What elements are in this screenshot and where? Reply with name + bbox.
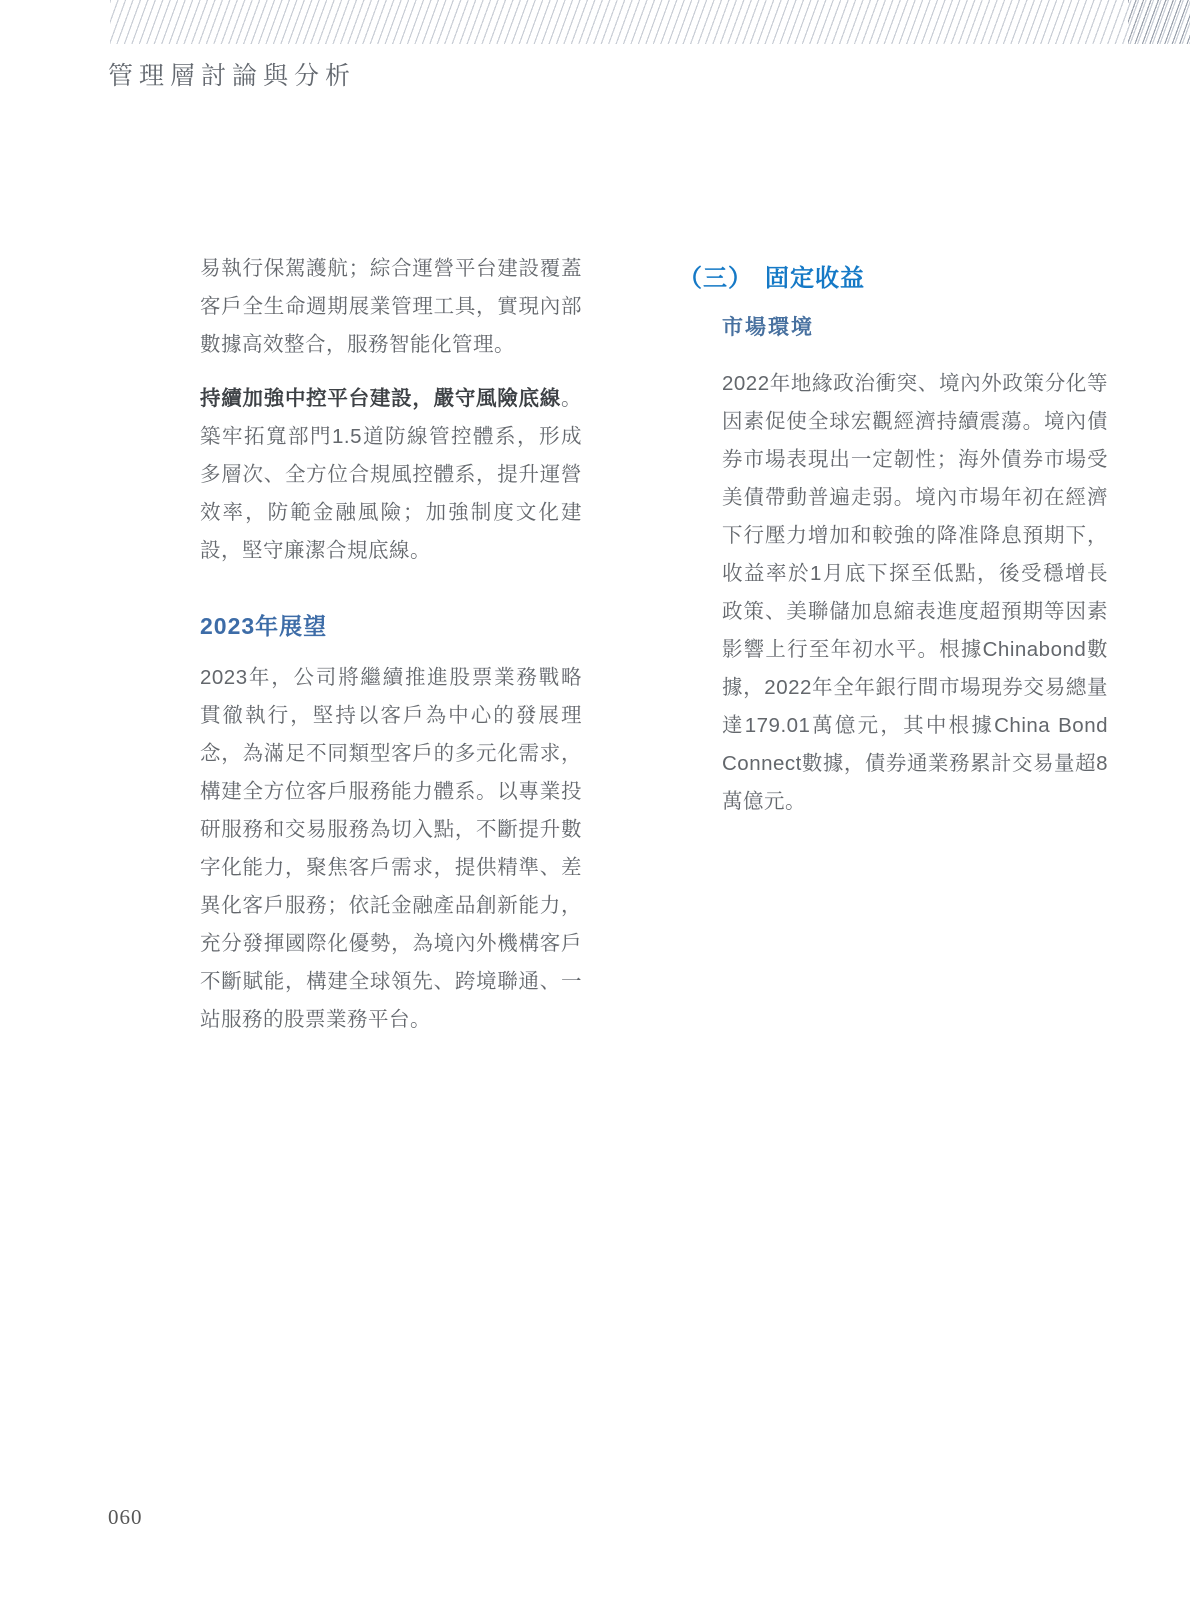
bold-lead-text: 持續加強中控平台建設，嚴守風險底線 bbox=[200, 387, 561, 410]
page-number: 060 bbox=[108, 1505, 143, 1530]
section-heading-fixed-income: （三） 固定收益 bbox=[678, 258, 1108, 293]
paragraph-risk-control-rest: 。築牢拓寬部門1.5道防線管控體系，形成多層次、全方位合規風控體系，提升運營效率… bbox=[200, 387, 582, 562]
right-column: （三） 固定收益 市場環境 2022年地緣政治衝突、境內外政策分化等因素促使全球… bbox=[678, 258, 1108, 837]
paragraph-outlook: 2023年，公司將繼續推進股票業務戰略貫徹執行，堅持以客戶為中心的發展理念，為滿… bbox=[200, 659, 582, 1039]
page-title: 管理層討論與分析 bbox=[108, 56, 356, 92]
paragraph-platform: 易執行保駕護航；綜合運營平台建設覆蓋客戶全生命週期展業管理工具，實現內部數據高效… bbox=[200, 250, 582, 364]
subsection-heading-market: 市場環境 bbox=[722, 311, 1108, 341]
outlook-heading: 2023年展望 bbox=[200, 608, 582, 641]
hatch-banner bbox=[110, 0, 1190, 44]
paragraph-risk-control: 持續加強中控平台建設，嚴守風險底線。築牢拓寬部門1.5道防線管控體系，形成多層次… bbox=[200, 380, 582, 570]
section-marker: （三） bbox=[678, 258, 753, 293]
paragraph-market-environment: 2022年地緣政治衝突、境內外政策分化等因素促使全球宏觀經濟持續震蕩。境內債券市… bbox=[722, 365, 1108, 821]
left-column: 易執行保駕護航；綜合運營平台建設覆蓋客戶全生命週期展業管理工具，實現內部數據高效… bbox=[200, 250, 582, 1055]
report-page: 管理層討論與分析 易執行保駕護航；綜合運營平台建設覆蓋客戶全生命週期展業管理工具… bbox=[0, 0, 1190, 1615]
section-content: 市場環境 2022年地緣政治衝突、境內外政策分化等因素促使全球宏觀經濟持續震蕩。… bbox=[722, 311, 1108, 821]
hatch-banner-dark-segment bbox=[1128, 0, 1190, 44]
section-title: 固定收益 bbox=[765, 258, 865, 293]
